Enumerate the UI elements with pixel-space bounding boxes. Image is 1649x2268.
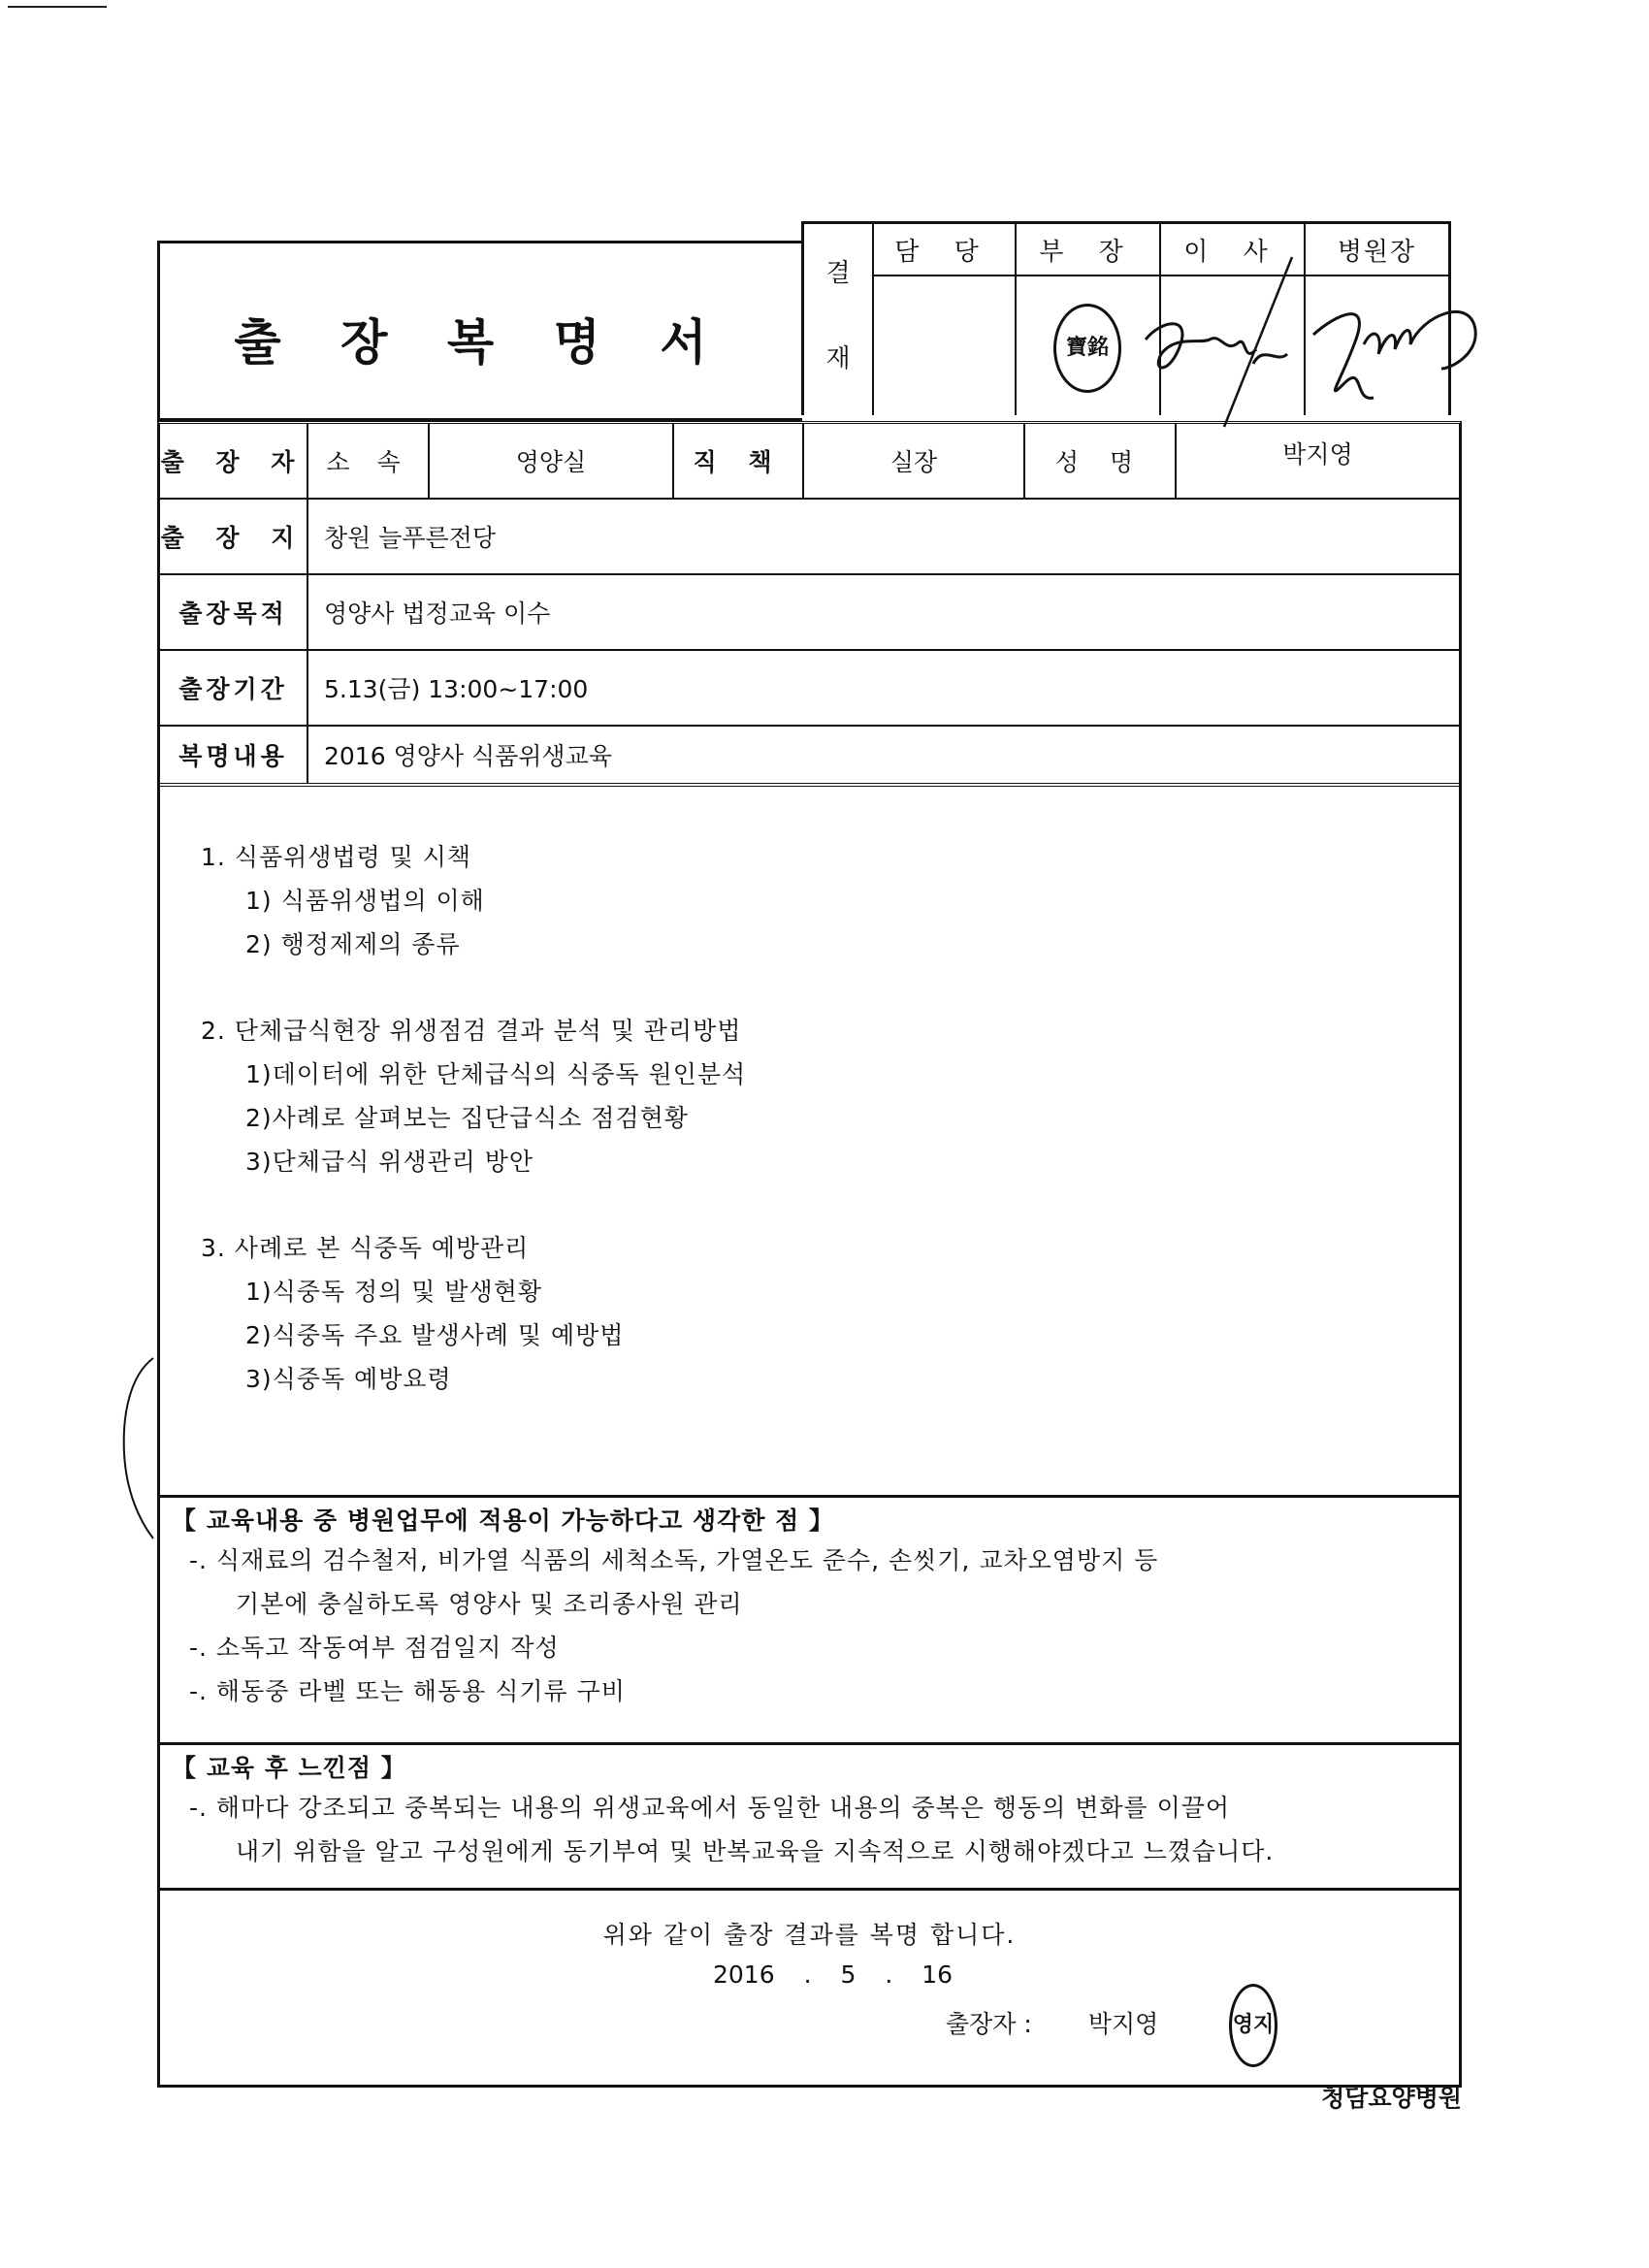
dept-value: 영양실 (430, 424, 674, 498)
position-value: 실장 (804, 424, 1025, 498)
applicable-points-box: 【 교육내용 중 병원업무에 적용이 가능하다고 생각한 점 】 -. 식재료의… (157, 1495, 1462, 1742)
approval-side-label: 결 재 (804, 224, 874, 415)
trip-info-table: 출 장 자 소 속 영양실 직 책 실장 성 명 박지영 출 장 지 창원 늘푸… (157, 421, 1462, 787)
approval-col-director: 이 사 (1161, 224, 1306, 415)
scan-corner-mark (101, 6, 107, 8)
approval-sign-empty (872, 276, 1015, 412)
approval-col-director-general: 병원장 (1306, 224, 1448, 415)
report-date: 2016 . 5 . 16 (713, 1960, 953, 1989)
handwritten-bracket-icon (120, 1356, 155, 1540)
hospital-name: 청담요양병원 (1321, 2079, 1462, 2114)
destination-row: 출 장 지 창원 늘푸른전당 (160, 500, 1459, 575)
name-value: 박지영 (1177, 424, 1459, 498)
business-trip-report-form: 출 장 복 명 서 결 재 담 당 부 장 寶銘 이 사 (157, 241, 1462, 2088)
report-content: 1. 식품위생법령 및 시책 1) 식품위생법의 이해 2) 행정제제의 종류 … (157, 787, 1462, 1495)
scan-corner-mark (8, 6, 105, 8)
section: 3. 사례로 본 식중독 예방관리 1)식중독 정의 및 발생현황 2)식중독 … (201, 1226, 1459, 1401)
form-header: 출 장 복 명 서 (157, 241, 802, 421)
signer-line: 출장자 :박지영 (946, 2005, 1158, 2040)
document-title: 출 장 복 명 서 (160, 304, 802, 373)
approval-box: 결 재 담 당 부 장 寶銘 이 사 (801, 221, 1451, 415)
personal-seal-icon: 영지 (1229, 1984, 1277, 2067)
period-value: 5.13(금) 13:00~17:00 (308, 651, 1459, 725)
report-row: 복명내용 2016 영양사 식품위생교육 (160, 727, 1459, 787)
signature-icon (1132, 247, 1316, 432)
approval-col-staff: 담 당 (872, 224, 1017, 415)
report-value: 2016 영양사 식품위생교육 (308, 727, 1459, 783)
destination-value: 창원 늘푸른전당 (308, 500, 1459, 573)
purpose-value: 영양사 법정교육 이수 (308, 575, 1459, 649)
section: 2. 단체급식현장 위생점검 결과 분석 및 관리방법 1)데이터에 위한 단체… (201, 1009, 1459, 1183)
closing-statement: 위와 같이 출장 결과를 복명 합니다. 2016 . 5 . 16 출장자 :… (157, 1888, 1462, 2088)
signature-icon (1306, 276, 1519, 422)
purpose-row: 출장목적 영양사 법정교육 이수 (160, 575, 1459, 651)
traveler-row: 출 장 자 소 속 영양실 직 책 실장 성 명 박지영 (160, 424, 1459, 500)
approval-seal-icon: 寶銘 (1053, 304, 1121, 393)
impressions-box: 【 교육 후 느낀점 】 -. 해마다 강조되고 중복되는 내용의 위생교육에서… (157, 1742, 1462, 1888)
period-row: 출장기간 5.13(금) 13:00~17:00 (160, 651, 1459, 727)
section: 1. 식품위생법령 및 시책 1) 식품위생법의 이해 2) 행정제제의 종류 (201, 835, 1459, 966)
